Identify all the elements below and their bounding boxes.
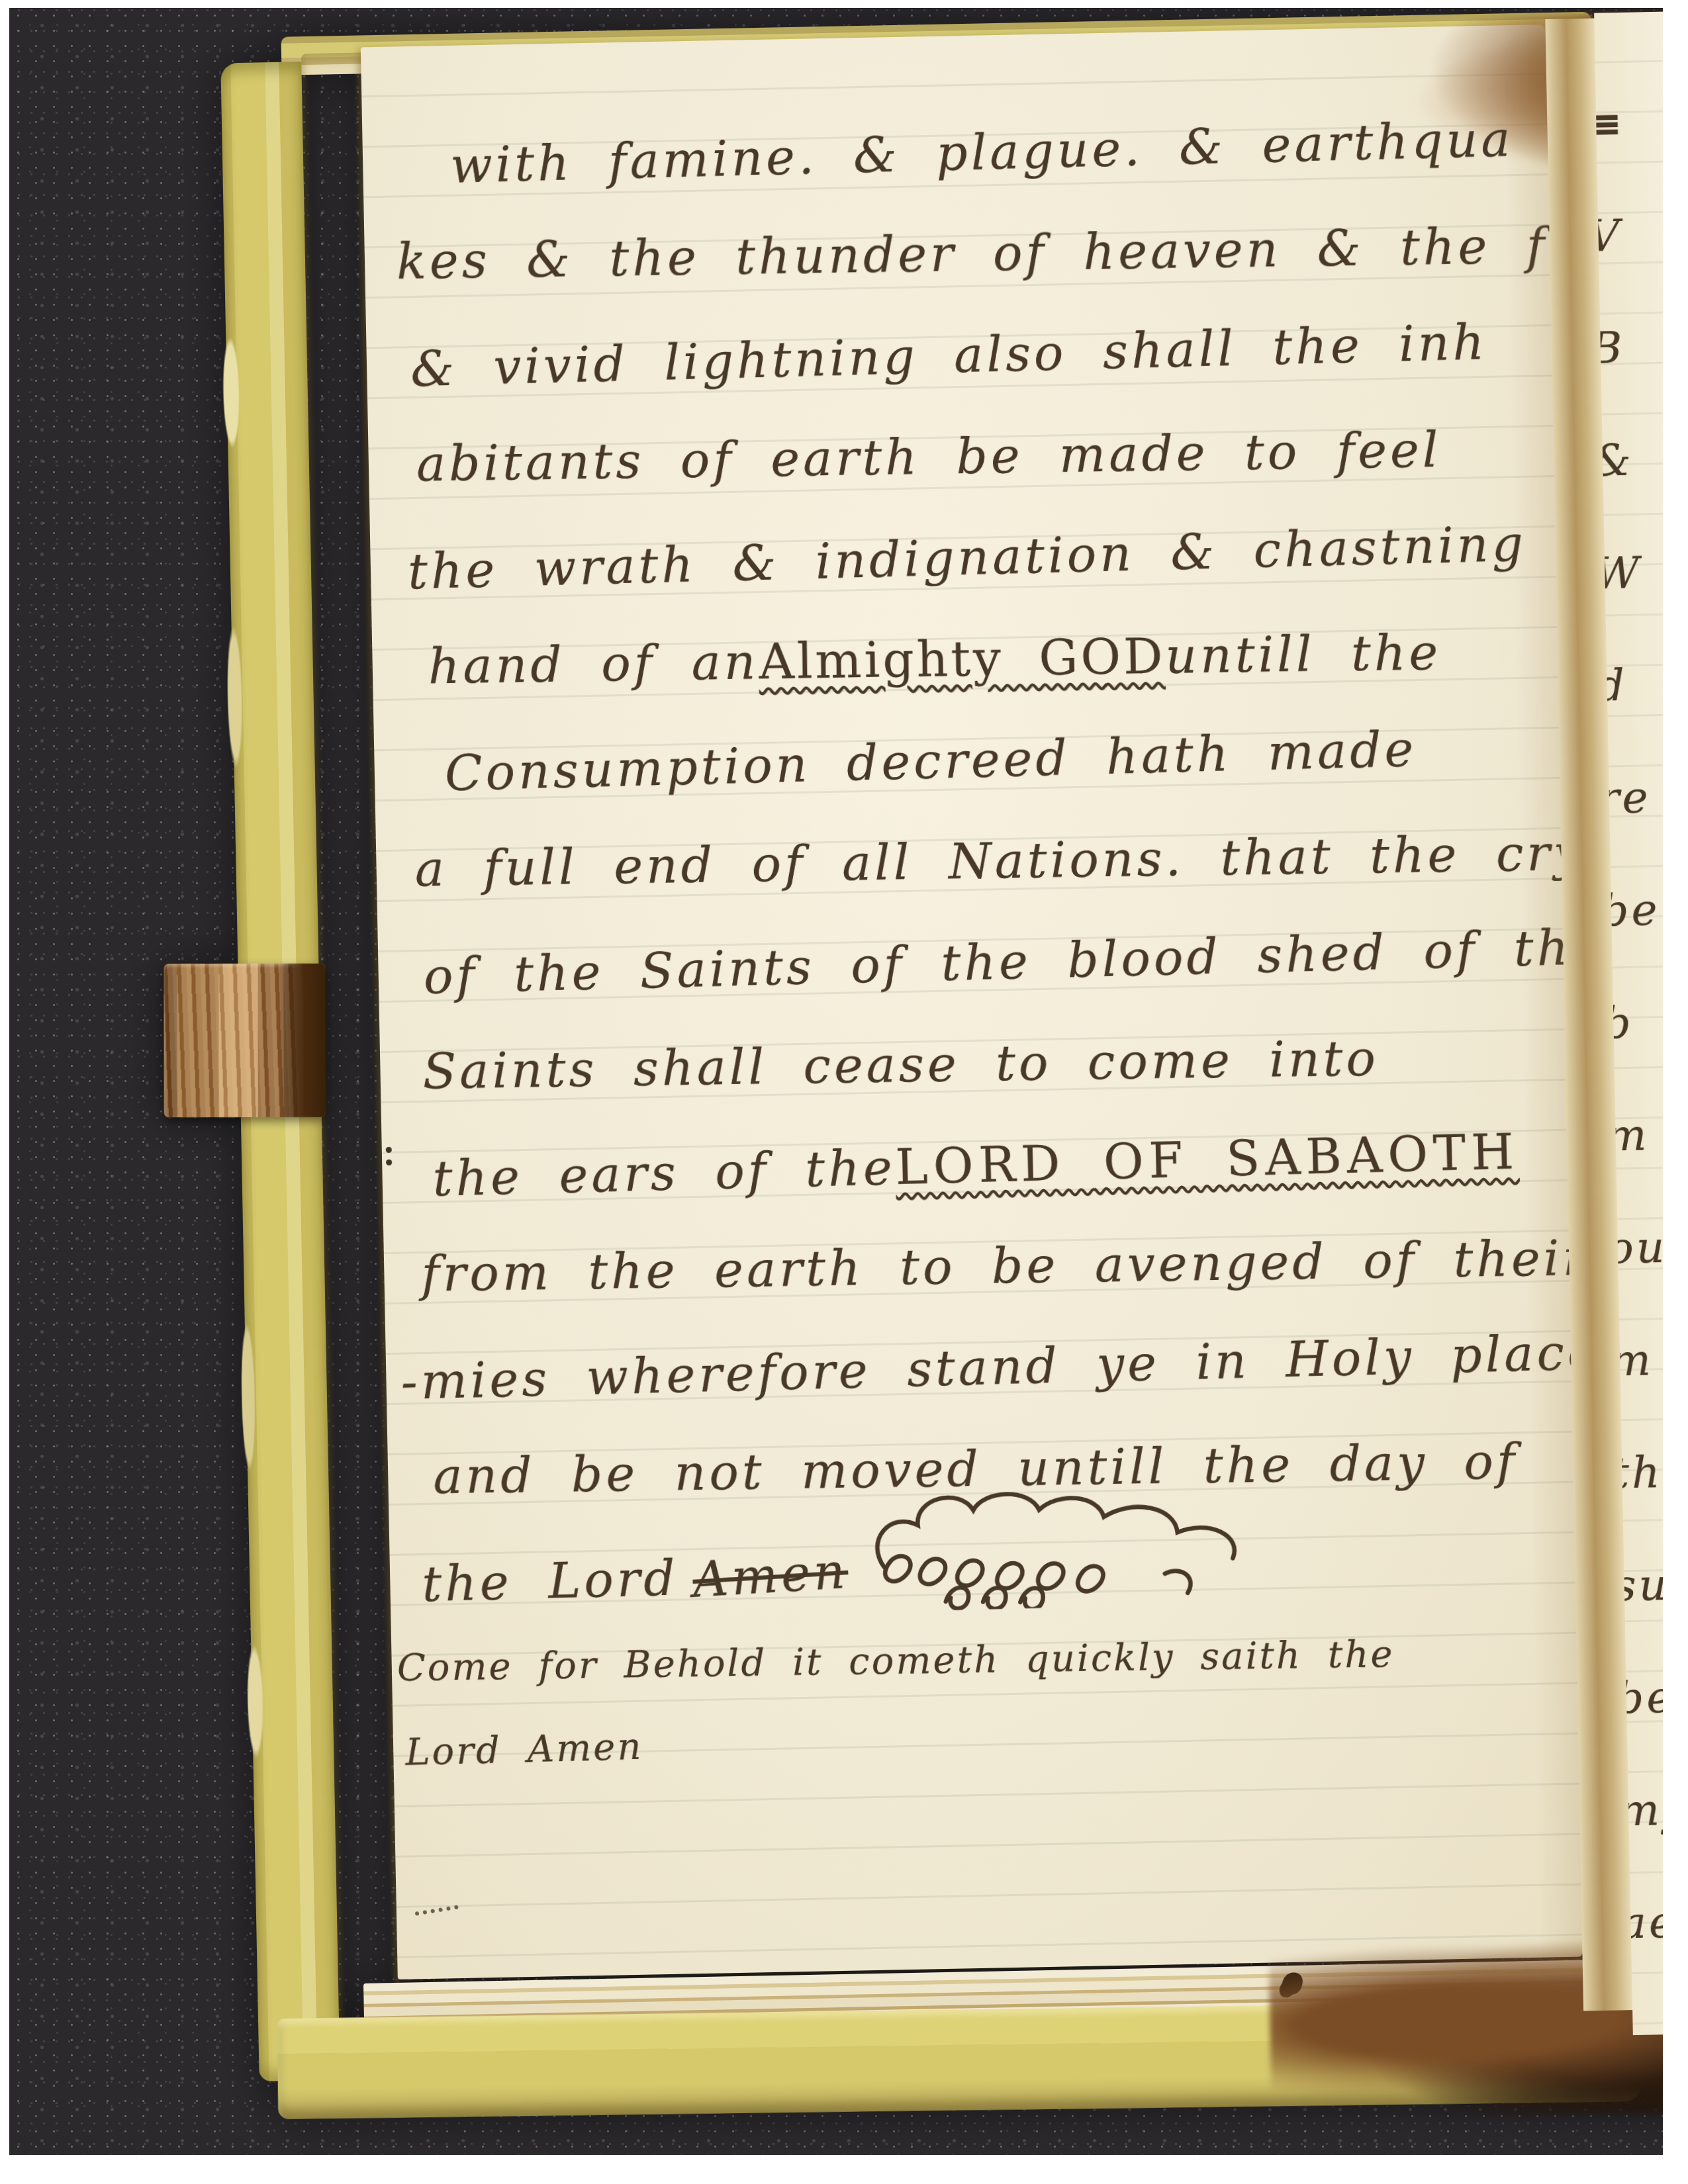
handwriting-segment: Consumption decreed hath made xyxy=(444,721,1417,802)
margin-ink-squiggle xyxy=(412,1888,459,1916)
handwriting-segment: Amen xyxy=(686,1542,855,1609)
handwriting-segment: & vivid lightning also shall the inh xyxy=(410,314,1488,398)
handwriting-segment: the Lord xyxy=(421,1549,679,1613)
journal-book: with famine. & plague. & earthquakes & t… xyxy=(201,8,1663,2155)
granite-background: with famine. & plague. & earthquakes & t… xyxy=(9,8,1663,2155)
handwriting-segment: from the earth to be avenged of their en… xyxy=(421,1228,1663,1302)
handwriting-segment: a full end of all Nations. that the cry xyxy=(414,825,1585,898)
facing-page-text-fragment: V xyxy=(1594,210,1622,261)
photo-frame: with famine. & plague. & earthquakes & t… xyxy=(0,0,1688,2184)
leather-clasp-tab xyxy=(164,964,325,1117)
handwriting-segment: Saints shall cease to come into xyxy=(422,1030,1380,1100)
handwriting-segment: the ears of the xyxy=(432,1139,896,1208)
cloud-doodle xyxy=(868,1477,1269,1612)
handwriting-segment: abitants of earth be made to feel xyxy=(416,421,1442,492)
handwriting-segment: Lord Amen xyxy=(404,1725,643,1774)
margin-colon-mark xyxy=(386,1140,393,1171)
handwriting-segment: LORD OF SABAOTH xyxy=(895,1123,1520,1196)
left-page: with famine. & plague. & earthquakes & t… xyxy=(361,24,1583,1979)
handwriting-segment: Almighty GOD xyxy=(759,627,1166,690)
handwriting-segment: untill the xyxy=(1165,623,1442,684)
handwriting-segment: of the Saints of the blood shed of the xyxy=(423,918,1605,1005)
handwriting-segment: the wrath & indignation & chastning xyxy=(407,515,1527,600)
handwriting-segment: kes & the thunder of heaven & the fierce xyxy=(396,215,1663,290)
handwriting-segment: -mies wherefore stand ye in Holy places xyxy=(400,1323,1628,1411)
handwriting-segment: with famine. & plague. & earthqua xyxy=(449,111,1514,195)
handwritten-text: with famine. & plague. & earthquakes & t… xyxy=(394,91,1551,1788)
handwriting-segment: hand of an xyxy=(428,633,759,695)
handwriting-segment: Come for Behold it cometh quickly saith … xyxy=(397,1633,1395,1690)
facing-page-text-fragment: ≡ xyxy=(1594,97,1621,150)
